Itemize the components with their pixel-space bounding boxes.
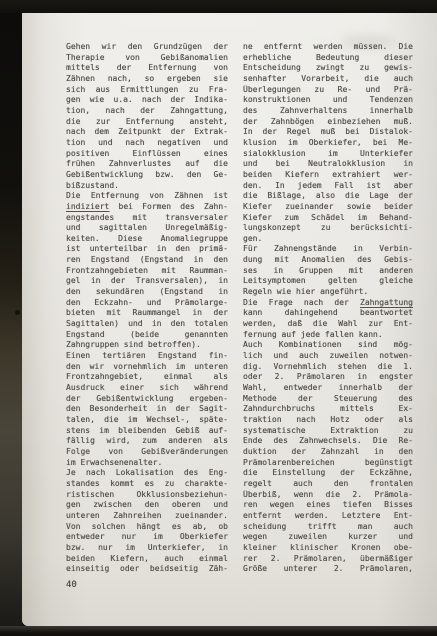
text-line: Zahngruppen sind betroffen). xyxy=(66,340,228,351)
text-line: Frontzahngebieten mit Raumman- xyxy=(66,266,228,277)
text-line: positiven Einflüssen eines xyxy=(66,149,228,160)
text-line: frühen Zahnverlustes auf die xyxy=(66,159,228,170)
book-page: Gehen wir den Grundzügen derTherapie von… xyxy=(22,13,437,626)
text-line: ren wegen eines tiefen Bisses xyxy=(243,500,413,511)
text-line: und bei Neutralokklusion in xyxy=(243,159,413,170)
text-line: Prämolarenbereichen begünstigt xyxy=(243,458,413,469)
text-line: engstandes mit transversaler xyxy=(66,213,228,224)
text-line: Kiefer zum Schädel im Behand- xyxy=(243,213,413,224)
text-line: unteren Zahnreihen zueinander. xyxy=(66,511,228,522)
scan-frame-top xyxy=(0,0,437,13)
text-line: nach dem Zeitpunkt der Extrak- xyxy=(66,127,228,138)
text-line: keiten. Diese Anomaliegruppe xyxy=(66,234,228,245)
text-line: Größe unterer 2. Prämolaren, xyxy=(243,564,413,575)
text-line: dung mit Anomalien des Gebis- xyxy=(243,255,413,266)
text-line: talen, die im Wechsel-, späte- xyxy=(66,415,228,426)
text-line: Gehen wir den Grundzügen der xyxy=(66,42,228,53)
scan-artifact-dot xyxy=(15,310,20,315)
text-line: Ende des Zahnwechsels. Die Re- xyxy=(243,436,413,447)
text-line: standes kommt es zu charakte- xyxy=(66,479,228,490)
text-line: stens im bleibenden Gebiß auf- xyxy=(66,426,228,437)
text-line: Zähnen nach, so ergeben sie xyxy=(66,74,228,85)
text-line: tion, nach der Zahngattung, xyxy=(66,106,228,117)
text-line: wegen zuweilen kurzer und xyxy=(243,532,413,543)
text-line: gel in der Transversalen), in xyxy=(66,276,228,287)
text-line: Sagittalen) und in den totalen xyxy=(66,319,228,330)
text-line: erhebliche Bedeutung dieser xyxy=(243,53,413,64)
text-line: die Einstellung der Eckzähne, xyxy=(243,468,413,479)
text-line: Überbiß, wenn die 2. Prämola- xyxy=(243,490,413,501)
text-line: Je nach Lokalisation des Eng- xyxy=(66,468,228,479)
text-line: Engstand (beide genannten xyxy=(66,330,228,341)
text-line: scheidung trifft man auch xyxy=(243,522,413,533)
text-line: Wahl, entweder innerhalb der xyxy=(243,383,413,394)
text-line: Von solchen hängt es ab, ob xyxy=(66,522,228,533)
text-line: Einen tertiären Engstand fin- xyxy=(66,351,228,362)
text-line: entweder nur im Oberkiefer xyxy=(66,532,228,543)
text-line: ren Engstand (Engstand in den xyxy=(66,255,228,266)
text-line: gen zwischen den oberen und xyxy=(66,500,228,511)
text-line: systematische Extraktion zu xyxy=(243,426,413,437)
underlined-term: indiziert xyxy=(66,202,109,211)
text-line: Zahndurchbruchs mittels Ex- xyxy=(243,404,413,415)
text-line: traktion nach Hotz oder als xyxy=(243,415,413,426)
text-line: den sekundären (Engstand in xyxy=(66,287,228,298)
text-line: und sagittalen Unregelmäßig- xyxy=(66,223,228,234)
text-line: die Bißlage, also die Lage der xyxy=(243,191,413,202)
text-line: den. In jedem Fall ist aber xyxy=(243,181,413,192)
text-line: Methode der Steuerung des xyxy=(243,394,413,405)
text-line: tion und nach negativen und xyxy=(66,138,228,149)
text-line: Kiefer zueinander sowie beider xyxy=(243,202,413,213)
text-line: mittels der Entfernung von xyxy=(66,63,228,74)
text-line: des Zahnverhaltens innerhalb xyxy=(243,106,413,117)
text-line: indiziert bei Formen des Zahn- xyxy=(66,202,228,213)
text-line: der Gebißentwicklung ergeben- xyxy=(66,394,228,405)
text-line: kleiner klinischer Kronen obe- xyxy=(243,543,413,554)
text-line: konstruktionen und Tendenzen xyxy=(243,95,413,106)
text-line: werden, daß die Wahl zur Ent- xyxy=(243,319,413,330)
text-column-left: Gehen wir den Grundzügen derTherapie von… xyxy=(66,42,228,575)
text-line: sialokklusion im Unterkiefer xyxy=(243,149,413,160)
text-line: kann dahingehend beantwortet xyxy=(243,308,413,319)
text-line: Therapie von Gebißanomalien xyxy=(66,53,228,64)
text-line: ristischen Okklusionsbeziehun- xyxy=(66,490,228,501)
text-line: die zur Entfernung ansteht, xyxy=(66,117,228,128)
text-line: Auch Kombinationen sind mög- xyxy=(243,340,413,351)
text-line: Für Zahnengstände in Verbin- xyxy=(243,244,413,255)
scan-frame-bottom xyxy=(0,626,437,636)
text-line: senhafter Vorarbeit, die auch xyxy=(243,74,413,85)
text-line: den Besonderheit in der Sagit- xyxy=(66,404,228,415)
text-line: fällig wird, zum anderen als xyxy=(66,436,228,447)
text-line: beiden Kiefern, auch einmal xyxy=(66,554,228,565)
text-line: klusion im Oberkiefer, bei Me- xyxy=(243,138,413,149)
text-line: gen wie u.a. nach der Indika- xyxy=(66,95,228,106)
text-column-right: ne entfernt werden müssen. Dieerhebliche… xyxy=(243,42,413,575)
text-line: beiden Kiefern extrahiert wer- xyxy=(243,170,413,181)
text-line: fernung auf jede fallen kann. xyxy=(243,330,413,341)
text-line: regelt auch den frontalen xyxy=(243,479,413,490)
text-line: entfernt werden. Letztere Ent- xyxy=(243,511,413,522)
text-line: ist unterteilbar in den primä- xyxy=(66,244,228,255)
text-line: im Erwachsenenalter. xyxy=(66,458,228,469)
text-line: Folge von Gebißveränderungen xyxy=(66,447,228,458)
text-line: duktion der Zahnzahl in den xyxy=(243,447,413,458)
text-line: Regeln wie hier angeführt. xyxy=(243,287,413,298)
text-line: bißzustand. xyxy=(66,181,228,192)
text-line: Gebißentwicklung bzw. den Ge- xyxy=(66,170,228,181)
text-line: oder 2. Prämolaren in engster xyxy=(243,372,413,383)
text-line: sich aus Ermittlungen zu Fra- xyxy=(66,85,228,96)
text-line: Die Entfernung von Zähnen ist xyxy=(66,191,228,202)
text-line: Entscheidung zwingt zu gewis- xyxy=(243,63,413,74)
page-number: 40 xyxy=(66,580,77,591)
text-line: ses in Gruppen mit anderen xyxy=(243,266,413,277)
text-line: lungskonzept zu berücksichti- xyxy=(243,223,413,234)
text-line: gen. xyxy=(243,234,413,245)
text-line: einseitig oder beidseitig Zäh- xyxy=(66,564,228,575)
text-line: ne entfernt werden müssen. Die xyxy=(243,42,413,53)
text-line: Überlegungen zu Re- und Prä- xyxy=(243,85,413,96)
text-line: den Eckzahn- und Prämolarge- xyxy=(66,298,228,309)
text-line: In der Regel muß bei Distalok- xyxy=(243,127,413,138)
text-line: dig. Vornehmlich stehen die 1. xyxy=(243,362,413,373)
text-line: den wir vornehmlich im unteren xyxy=(66,362,228,373)
text-line: Leitsymptomen gelten gleiche xyxy=(243,276,413,287)
text-line: rer 2. Prämolaren, übermäßiger xyxy=(243,554,413,565)
text-line: der Zahnbögen einbeziehen muß. xyxy=(243,117,413,128)
text-line: Ausdruck einer sich während xyxy=(66,383,228,394)
text-line: Frontzahngebiet, einmal als xyxy=(66,372,228,383)
text-line: lich und auch zuweilen notwen- xyxy=(243,351,413,362)
text-line: bzw. nur im Unterkiefer, in xyxy=(66,543,228,554)
underlined-term: Zahngattung xyxy=(360,298,413,307)
book-gutter-shadow xyxy=(0,13,22,626)
text-line: bieten mit Raummangel in der xyxy=(66,308,228,319)
text-line: Die Frage nach der Zahngattung xyxy=(243,298,413,309)
